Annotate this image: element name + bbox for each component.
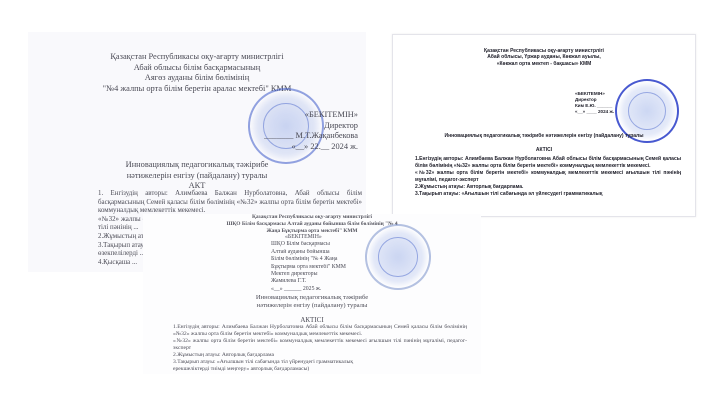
document-bottom: Қазақстан Республикасы оқу-ағарту минист… (143, 214, 481, 374)
body-paragraph: 2.Жұмыстың атауы: Авторлық бағдарлама (173, 352, 467, 359)
title-line: нәтижелерін енгізу (пайдалану) туралы (143, 302, 481, 310)
title-line: нәтижелерін енгізу (пайдалану) туралы (28, 171, 366, 182)
document-header: Қазақстан Республикасы оқу-ағарту минист… (393, 48, 695, 67)
body-paragraph: «№32» жалпы орта білім беретін мектебі» … (415, 170, 681, 184)
approval-block: «БЕКІТЕМІН» Директор Ким Е.Ю. ______ «__… (575, 91, 614, 115)
body-paragraph: 1.Енгізудің авторы: Алимбаева Балжан Нур… (415, 156, 681, 170)
approval-line: Мектеп директоры (271, 271, 346, 278)
body-paragraph: ерекшеліктерді тиімді меңгеру» авторлық … (173, 366, 467, 373)
header-line: Қазақстан Республикасы оқу-ағарту минист… (28, 52, 366, 63)
title-line: Инновациялық педагогикалық тәжірибе (28, 160, 366, 171)
body-paragraph: 1. Енгізудің авторы: Алимбаева Балжан Ну… (98, 190, 362, 216)
act-label: АКТІСІ (143, 316, 481, 324)
approval-line: Директор (264, 121, 358, 132)
body-paragraph: 3.Тақырып атауы: «Ағылшын тілі сабағында… (173, 359, 467, 366)
document-body: 1.Енгізудің авторы: Алимбаева Балжан Нур… (415, 156, 681, 199)
body-paragraph: 1.Енгізудің авторы: Алимбаева Балжан Нур… (173, 324, 467, 338)
approval-line: ШҚО Білім басқармасы (271, 241, 346, 248)
title-line: Инновациялық педагогикалық тәжірибе (143, 294, 481, 302)
header-line: ШҚО Білім басқармасы Алтай ауданы бойынш… (143, 221, 481, 228)
header-line: Қазақстан Республикасы оқу-ағарту минист… (143, 214, 481, 221)
body-paragraph: 2.Жұмыстың атауы: Авторлық бағдарлама. (415, 184, 681, 191)
approval-block: «БЕКІТЕМІН» ШҚО Білім басқармасы Алтай а… (271, 234, 346, 293)
approval-line: «__» ______ 2025 ж. (271, 286, 346, 293)
document-header: Қазақстан Республикасы оқу-ағарту минист… (28, 52, 366, 94)
header-line: Аягөз ауданы білім бөлімінің (28, 73, 366, 84)
approval-line: Алтай ауданы бойынша (271, 249, 346, 256)
approval-line: Жамилева Г.Т. (271, 278, 346, 285)
document-right: Қазақстан Республикасы оқу-ағарту минист… (392, 34, 696, 217)
document-title: Инновациялық педагогикалық тәжірибе нәти… (28, 160, 366, 192)
approval-line: «__» ____ 2024 ж. (575, 109, 614, 115)
approval-line: Білім бөлімінің "№ 4 Жаңа (271, 256, 346, 263)
header-line: «Көкжал орта мектеп - бақшасы» КММ (393, 61, 695, 67)
official-stamp-icon (365, 224, 431, 290)
document-body: 1.Енгізудің авторы: Алимбаева Балжан Нур… (173, 324, 467, 373)
header-line: Абай облысы білім басқармасының (28, 63, 366, 74)
body-paragraph: 3.Тақырып атауы: «Ағылшын тілі сабағында… (415, 191, 681, 198)
body-paragraph: «№32» жалпы орта білім беретін мектебі» … (173, 338, 467, 352)
document-title: Инновациялық педагогикалық тәжірибе нәти… (143, 294, 481, 310)
approval-block: «БЕКІТЕМІН» Директор _______ М.Т.Жақанбе… (264, 110, 358, 152)
approval-line: «__» 22.__ 2024 ж. (264, 142, 358, 153)
document-title: Инновациялық педагогикалық тәжірибе нәти… (393, 133, 695, 140)
approval-line: «БЕКІТЕМІН» (264, 110, 358, 121)
document-header: Қазақстан Республикасы оқу-ағарту минист… (143, 214, 481, 234)
approval-line: Бұқтырма орта мектебі" КММ (271, 264, 346, 271)
approval-line: _______ М.Т.Жақанбекова (264, 131, 358, 142)
act-label: АКТІСІ (393, 147, 695, 154)
approval-line: «БЕКІТЕМІН» (271, 234, 346, 241)
header-line: "№4 жалпы орта білім беретін аралас мект… (28, 84, 366, 95)
